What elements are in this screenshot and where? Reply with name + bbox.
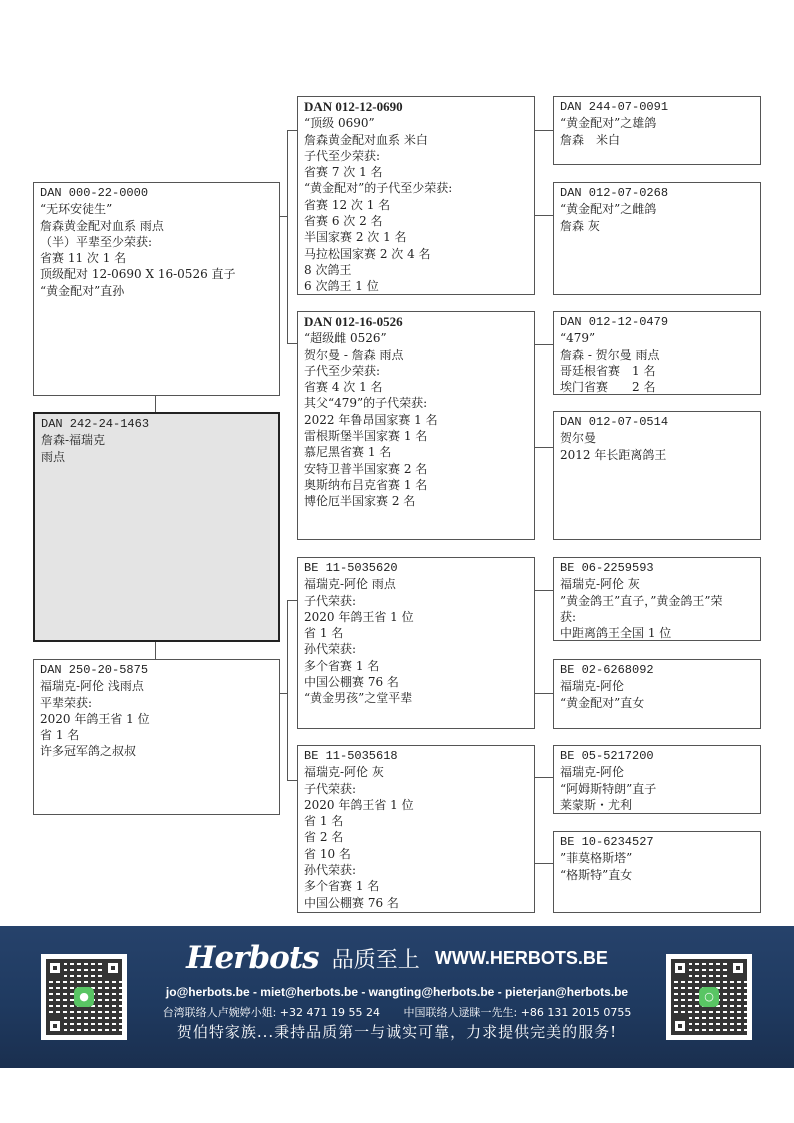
pedigree-box-sd-dam: DAN 012-07-0514 贺尔曼 2012 年长距离鸽王 — [553, 411, 761, 540]
box-line: “黄金配对”之雄鸽 — [560, 115, 754, 131]
box-line: 其父“479”的子代荣获: — [304, 395, 528, 411]
box-line: 顶级配对 12-0690 X 16-0526 直子 — [40, 266, 273, 282]
box-line: 福瑞克-阿伦 雨点 — [304, 576, 528, 592]
box-line: “黄金配对”直孙 — [40, 283, 273, 299]
box-line: 哥廷根省赛 1 名 — [560, 363, 754, 379]
pedigree-box-subject: DAN 242-24-1463 詹森-福瑞克 雨点 — [33, 412, 280, 642]
connector-line — [287, 780, 297, 781]
connector-line — [534, 590, 553, 591]
ring-number: DAN 244-07-0091 — [560, 99, 754, 115]
box-line: 6 次鸽王 1 位 — [304, 278, 528, 294]
pedigree-box-ss-dam: DAN 012-07-0268 “黄金配对”之雌鸽 詹森 灰 — [553, 182, 761, 295]
connector-line — [287, 343, 297, 344]
box-line: “顶级 0690” — [304, 115, 528, 131]
pedigree-box-sd-sire: DAN 012-12-0479 “479” 詹森 - 贺尔曼 雨点 哥廷根省赛 … — [553, 311, 761, 395]
box-line: 中国公棚赛 76 名 — [304, 674, 528, 690]
slogan: 品质至上 — [332, 948, 420, 973]
connector-line — [534, 344, 553, 345]
pedigree-box-sire-dam: DAN 012-16-0526 “超级雌 0526” 贺尔曼 - 詹森 雨点 子… — [297, 311, 535, 540]
box-line: “479” — [560, 330, 754, 346]
qr-pattern: ○ — [671, 959, 747, 1035]
box-line: 慕尼黑省赛 1 名 — [304, 444, 528, 460]
box-line: 省赛 6 次 2 名 — [304, 213, 528, 229]
connector-line — [155, 395, 156, 412]
box-line: 半国家赛 2 次 1 名 — [304, 229, 528, 245]
box-line: ”菲莫格斯塔” — [560, 850, 754, 866]
box-line: 省 10 名 — [304, 846, 528, 862]
connector-line — [155, 641, 156, 659]
ring-number: BE 05-5217200 — [560, 748, 754, 764]
pedigree-box-dd-sire: BE 05-5217200 福瑞克-阿伦 “阿姆斯特朗”直子 莱蒙斯・尤利 — [553, 745, 761, 814]
box-line: 福瑞克-阿伦 灰 — [560, 576, 754, 592]
box-line: 子代至少荣获: — [304, 363, 528, 379]
box-line: 2020 年鸽王省 1 位 — [304, 609, 528, 625]
box-line: （半）平辈至少荣获: — [40, 234, 273, 250]
box-line: 中国公棚赛 76 名 — [304, 895, 528, 911]
qr-finder — [671, 959, 689, 977]
connector-line — [534, 215, 553, 216]
box-line: 莱蒙斯・尤利 — [560, 797, 754, 813]
box-line: “格斯特”直女 — [560, 867, 754, 883]
pedigree-box-dd-dam: BE 10-6234527 ”菲莫格斯塔” “格斯特”直女 — [553, 831, 761, 913]
pedigree-box-dam-sire: BE 11-5035620 福瑞克-阿伦 雨点 子代荣获: 2020 年鸽王省 … — [297, 557, 535, 729]
pedigree-box-ds-sire: BE 06-2259593 福瑞克-阿伦 灰 ”黄金鸽王”直子，”黄金鸽王”荣 … — [553, 557, 761, 641]
box-line: 省赛 11 次 1 名 — [40, 250, 273, 266]
ring-number: DAN 012-12-0690 — [304, 99, 528, 115]
pedigree-box-dam: DAN 250-20-5875 福瑞克-阿伦 浅雨点 平辈荣获: 2020 年鸽… — [33, 659, 280, 815]
box-line: 福瑞克-阿伦 — [560, 678, 754, 694]
ring-number: BE 11-5035618 — [304, 748, 528, 764]
box-line: 安特卫普半国家赛 2 名 — [304, 461, 528, 477]
box-line: 福瑞克-阿伦 — [560, 764, 754, 780]
contact-taiwan: 台湾联络人卢婉婷小姐: +32 471 19 55 24 — [163, 1006, 380, 1019]
box-line: “黄金男孩”之堂平辈 — [304, 690, 528, 706]
box-line: 詹森 - 贺尔曼 雨点 — [560, 347, 754, 363]
pedigree-box-dam-dam: BE 11-5035618 福瑞克-阿伦 灰 子代荣获: 2020 年鸽王省 1… — [297, 745, 535, 913]
ring-number: DAN 250-20-5875 — [40, 662, 273, 678]
box-line: 子代至少荣获: — [304, 148, 528, 164]
pedigree-box-ss-sire: DAN 244-07-0091 “黄金配对”之雄鸽 詹森 米白 — [553, 96, 761, 165]
qr-finder — [729, 959, 747, 977]
box-line: 中距离鸽王全国 1 位 — [560, 625, 754, 641]
connector-line — [534, 863, 553, 864]
box-line: 省 1 名 — [304, 813, 528, 829]
ring-number: DAN 012-07-0268 — [560, 185, 754, 201]
box-line: 2012 年长距离鸽王 — [560, 447, 754, 463]
box-line: 奥斯纳布吕克省赛 1 名 — [304, 477, 528, 493]
pedigree-box-ds-dam: BE 02-6268092 福瑞克-阿伦 “黄金配对”直女 — [553, 659, 761, 729]
wechat-icon: ○ — [699, 987, 719, 1007]
qr-code-wechat[interactable]: ○ — [666, 954, 752, 1040]
footer-banner: ● Herbots 品质至上 WWW.HERBOTS.BE jo@herbots… — [0, 926, 794, 1068]
herbots-logo: Herbots — [186, 940, 318, 976]
website-link[interactable]: WWW.HERBOTS.BE — [435, 948, 608, 968]
box-line: 埃门省赛 2 名 — [560, 379, 754, 395]
box-line: “黄金配对”的子代至少荣获: — [304, 180, 528, 196]
box-line: 贺尔曼 — [560, 430, 754, 446]
box-line: “阿姆斯特朗”直子 — [560, 781, 754, 797]
box-line: 雷根斯堡半国家赛 1 名 — [304, 428, 528, 444]
box-line: 多个省赛 1 名 — [304, 878, 528, 894]
contact-china: 中国联络人逯睐一先生: +86 131 2015 0755 — [404, 1006, 632, 1019]
box-line: 省赛 7 次 1 名 — [304, 164, 528, 180]
box-line: 省赛 12 次 1 名 — [304, 197, 528, 213]
box-line: 2020 年鸽王省 1 位 — [304, 797, 528, 813]
connector-line — [534, 130, 553, 131]
ring-number: DAN 012-12-0479 — [560, 314, 754, 330]
ring-number: BE 02-6268092 — [560, 662, 754, 678]
box-line: 雨点 — [41, 449, 272, 465]
box-line: 詹森-福瑞克 — [41, 432, 272, 448]
ring-number: BE 06-2259593 — [560, 560, 754, 576]
connector-line — [534, 693, 553, 694]
box-line: 孙代荣获: — [304, 862, 528, 878]
box-line: 子代荣获: — [304, 593, 528, 609]
box-line: 省赛 4 次 1 名 — [304, 379, 528, 395]
box-line: 詹森 米白 — [560, 132, 754, 148]
box-line: 福瑞克-阿伦 浅雨点 — [40, 678, 273, 694]
pedigree-box-sire: DAN 000-22-0000 “无环安徒生” 詹森黄金配对血系 雨点 （半）平… — [33, 182, 280, 396]
connector-line — [279, 216, 287, 217]
box-line: “超级雌 0526” — [304, 330, 528, 346]
box-line: 贺尔曼 - 詹森 雨点 — [304, 347, 528, 363]
box-line: 许多冠军鸽之叔叔 — [40, 743, 273, 759]
box-line: 詹森黄金配对血系 雨点 — [40, 218, 273, 234]
box-line: 省 2 名 — [304, 829, 528, 845]
connector-line — [279, 693, 287, 694]
qr-finder — [671, 1017, 689, 1035]
box-line: 博伦厄半国家赛 2 名 — [304, 493, 528, 509]
box-line: 福瑞克-阿伦 灰 — [304, 764, 528, 780]
ring-number: DAN 242-24-1463 — [41, 416, 272, 432]
box-line: 省 1 名 — [304, 625, 528, 641]
box-line: 马拉松国家赛 2 次 4 名 — [304, 246, 528, 262]
box-line: 子代荣获: — [304, 781, 528, 797]
box-line: 省 1 名 — [40, 727, 273, 743]
box-line: ”黄金鸽王”直子，”黄金鸽王”荣 — [560, 593, 754, 609]
box-line: “黄金配对”直女 — [560, 695, 754, 711]
box-line: 詹森 灰 — [560, 218, 754, 234]
ring-number: BE 10-6234527 — [560, 834, 754, 850]
box-line: 获: — [560, 609, 754, 625]
connector-line — [534, 777, 553, 778]
ring-number: DAN 000-22-0000 — [40, 185, 273, 201]
box-line: 8 次鸽王 — [304, 262, 528, 278]
pedigree-box-sire-sire: DAN 012-12-0690 “顶级 0690” 詹森黄金配对血系 米白 子代… — [297, 96, 535, 295]
connector-line — [534, 447, 553, 448]
connector-line — [287, 130, 288, 343]
box-line: “无环安徒生” — [40, 201, 273, 217]
connector-line — [287, 600, 288, 780]
box-line: 孙代荣获: — [304, 641, 528, 657]
box-line: “黄金配对”之雌鸽 — [560, 201, 754, 217]
ring-number: DAN 012-07-0514 — [560, 414, 754, 430]
connector-line — [287, 600, 297, 601]
ring-number: BE 11-5035620 — [304, 560, 528, 576]
connector-line — [287, 130, 297, 131]
box-line: 2020 年鸽王省 1 位 — [40, 711, 273, 727]
ring-number: DAN 012-16-0526 — [304, 314, 528, 330]
box-line: 2022 年鲁昂国家赛 1 名 — [304, 412, 528, 428]
box-line: 多个省赛 1 名 — [304, 658, 528, 674]
box-line: 詹森黄金配对血系 米白 — [304, 132, 528, 148]
box-line: 平辈荣获: — [40, 695, 273, 711]
